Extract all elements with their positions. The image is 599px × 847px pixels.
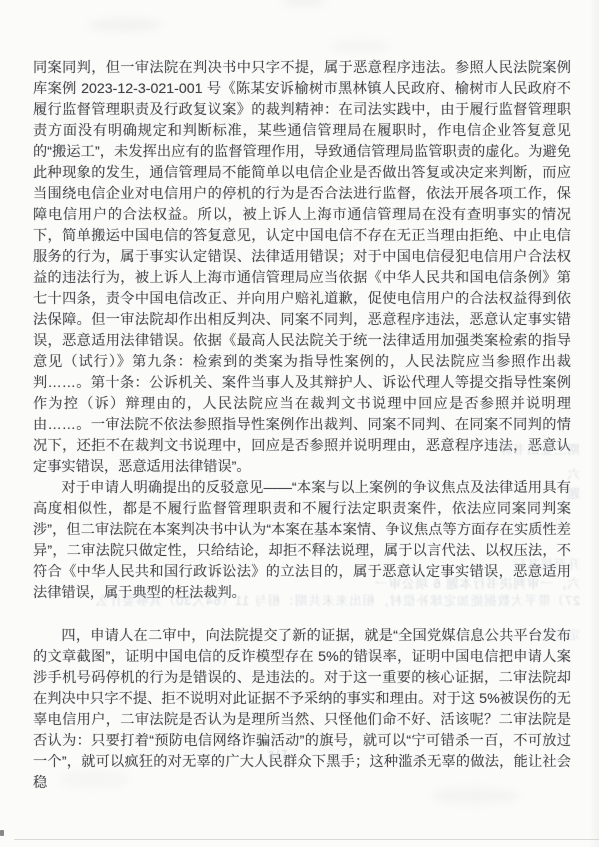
scan-smudge — [330, 40, 390, 52]
paragraph-continuation: 同案同判，但一审法院在判决书中只字不提，属于恶意程序违法。参照人民法院案例库案例… — [33, 58, 571, 478]
bleedthrough-artifact: 定半生 — [524, 628, 580, 642]
bleedthrough-artifact: 六，一审判决书行本题 6 项公审一 — [330, 577, 580, 591]
scan-bottom-edge-line — [14, 839, 599, 840]
scan-edge-shade — [589, 0, 599, 847]
bleedthrough-artifact: 六 — [544, 468, 580, 482]
bleedthrough-artifact: 27）带平大数据能加定球补偿村，相出来未共期：相与 11（64人30）其够要什么 — [38, 594, 580, 608]
scan-smudge — [88, 18, 162, 32]
bleedthrough-artifact: 期三业出书牌 — [468, 443, 580, 457]
scan-smudge — [282, 0, 326, 7]
bleedthrough-artifact: 六一 — [506, 516, 566, 530]
bleedthrough-artifact: 升至规其行 — [492, 558, 580, 572]
scanned-document-page: 同案同判，但一审法院在判决书中只字不提，属于恶意程序违法。参照人民法院案例库案例… — [0, 0, 599, 847]
document-body-text: 同案同判，但一审法院在判决书中只字不提，属于恶意程序违法。参照人民法院案例库案例… — [33, 58, 571, 794]
bleedthrough-artifact: 题 — [536, 487, 580, 501]
page-number: 3/7 — [268, 748, 290, 761]
paragraph-point-four-new-evidence: 四，申请人在二审中，向法院提交了新的证据，就是“全国党媒信息公共平台发布的文章截… — [33, 626, 571, 794]
scan-corner-mark — [0, 830, 4, 836]
